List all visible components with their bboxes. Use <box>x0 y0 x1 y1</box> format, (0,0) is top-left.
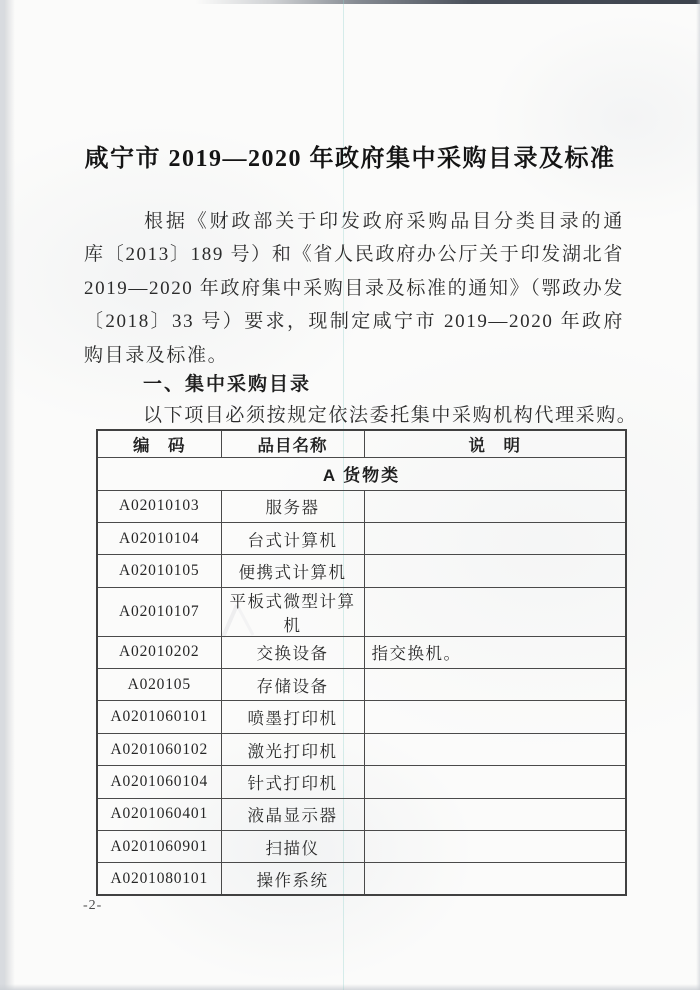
code-cell: A0201060101 <box>97 701 221 733</box>
scan-edge-bottom <box>0 984 700 990</box>
code-cell: A02010103 <box>97 490 221 522</box>
section-heading: 一、集中采购目录 <box>143 369 311 396</box>
table-row: A0201060104 针式打印机 <box>97 766 626 798</box>
header-description: 说 明 <box>364 430 626 457</box>
item-name-cell: 平板式微型计算机 <box>221 587 364 636</box>
table-row: A0201060102 激光打印机 <box>97 733 626 765</box>
note-cell <box>364 490 626 522</box>
code-cell: A0201060901 <box>97 831 221 863</box>
paragraph-line: 根据《财政部关于印发政府采购品目分类目录的通知》（财 <box>84 205 624 238</box>
code-cell: A02010105 <box>97 555 221 587</box>
note-cell <box>364 701 626 733</box>
code-cell: A02010107 <box>97 587 221 636</box>
category-row: A 货物类 <box>97 457 626 490</box>
table-row: A0201060101 喷墨打印机 <box>97 701 626 733</box>
note-cell <box>364 863 626 895</box>
item-name-cell: 扫描仪 <box>221 831 364 863</box>
item-name-cell: 液晶显示器 <box>221 798 364 830</box>
table-row: A02010202 交换设备 指交换机。 <box>97 636 626 668</box>
paragraph-line: 2019—2020 年政府集中采购目录及标准的通知》（鄂政办发 <box>84 272 624 305</box>
note-cell <box>364 587 626 636</box>
paragraph-line: 〔2018〕33 号）要求，现制定咸宁市 2019—2020 年政府集中采 <box>84 305 624 338</box>
paragraph-line: 库〔2013〕189 号）和《省人民政府办公厅关于印发湖北省 <box>84 238 624 271</box>
table-header-row: 编 码 品目名称 说 明 <box>97 430 626 457</box>
note-cell <box>364 798 626 830</box>
code-cell: A02010104 <box>97 522 221 554</box>
note-cell <box>364 831 626 863</box>
table-intro-text: 以下项目必须按规定依法委托集中采购机构代理采购。 <box>143 400 637 427</box>
item-name-cell: 激光打印机 <box>221 733 364 765</box>
item-name-cell: 服务器 <box>221 490 364 522</box>
note-cell: 指交换机。 <box>364 636 626 668</box>
table-row: A0201060401 液晶显示器 <box>97 798 626 830</box>
document-title: 咸宁市 2019—2020 年政府集中采购目录及标准 <box>0 138 700 173</box>
code-cell: A0201060104 <box>97 766 221 798</box>
header-code: 编 码 <box>97 430 221 457</box>
item-name-cell: 便携式计算机 <box>221 555 364 587</box>
code-cell: A0201060102 <box>97 733 221 765</box>
table-row: A02010103 服务器 <box>97 490 626 522</box>
code-cell: A020105 <box>97 669 221 701</box>
paragraph-line: 购目录及标准。 <box>84 339 624 372</box>
code-cell: A02010202 <box>97 636 221 668</box>
note-cell <box>364 766 626 798</box>
note-cell <box>364 733 626 765</box>
table-row: A02010104 台式计算机 <box>97 522 626 554</box>
table-row: A020105 存储设备 <box>97 669 626 701</box>
note-cell <box>364 669 626 701</box>
table-row: A02010105 便携式计算机 <box>97 555 626 587</box>
table-row: A02010107 平板式微型计算机 <box>97 587 626 636</box>
item-name-cell: 操作系统 <box>221 863 364 895</box>
page-number: -2- <box>83 898 102 914</box>
item-name-cell: 台式计算机 <box>221 522 364 554</box>
procurement-catalog-table: 编 码 品目名称 说 明 A 货物类 A02010103 服务器 A020101… <box>96 429 627 896</box>
category-label: A 货物类 <box>97 457 626 490</box>
table-row: A0201060901 扫描仪 <box>97 831 626 863</box>
note-cell <box>364 555 626 587</box>
scan-edge-top <box>195 0 700 4</box>
header-item-name: 品目名称 <box>221 430 364 457</box>
code-cell: A0201060401 <box>97 798 221 830</box>
item-name-cell: 针式打印机 <box>221 766 364 798</box>
item-name-cell: 存储设备 <box>221 669 364 701</box>
item-name-cell: 交换设备 <box>221 636 364 668</box>
code-cell: A0201080101 <box>97 863 221 895</box>
scanned-document-page: 咸宁市 2019—2020 年政府集中采购目录及标准 根据《财政部关于印发政府采… <box>0 0 700 990</box>
intro-paragraph: 根据《财政部关于印发政府采购品目分类目录的通知》（财 库〔2013〕189 号）… <box>84 205 624 372</box>
note-cell <box>364 522 626 554</box>
item-name-cell: 喷墨打印机 <box>221 701 364 733</box>
table-row: A0201080101 操作系统 <box>97 863 626 895</box>
